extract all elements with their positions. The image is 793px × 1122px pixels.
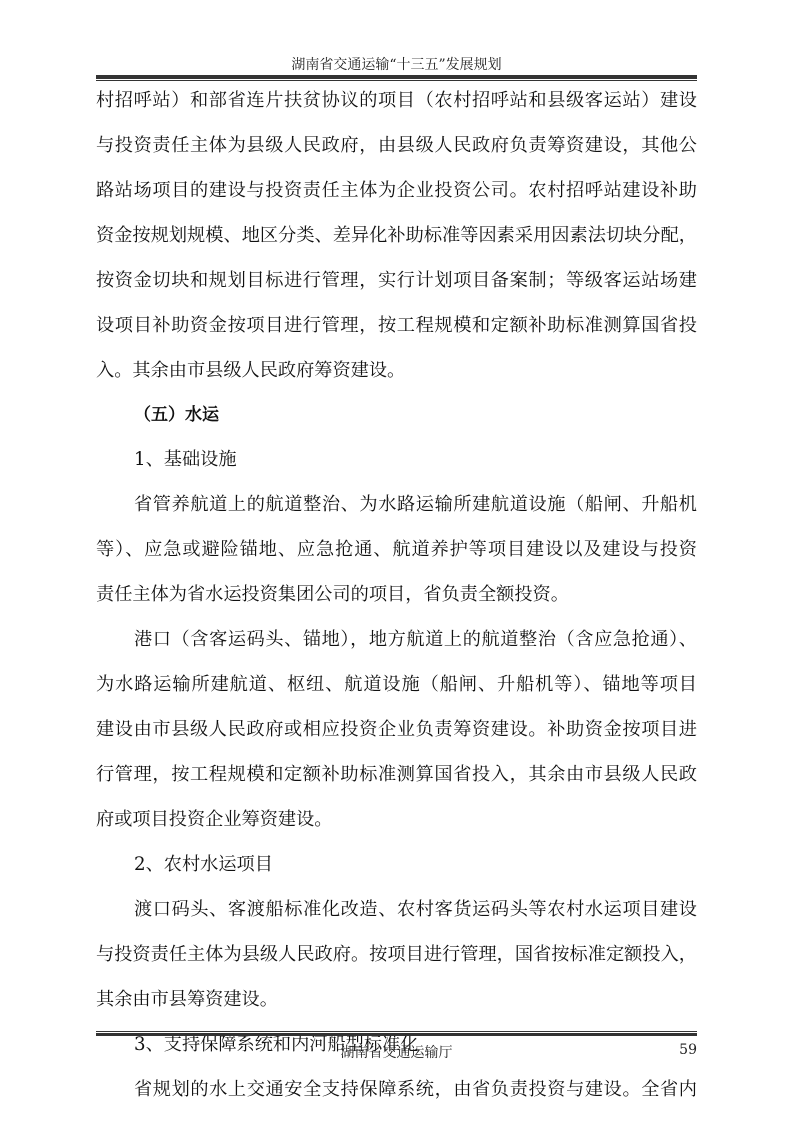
section-heading: （五）水运 [134,403,697,427]
header-rule-thick [96,75,697,79]
text-line: 省规划的水上交通安全支持保障系统，由省负责投资与建设。全省内 [134,1078,697,1102]
page-number: 59 [679,1042,697,1058]
text-line: 与投资责任主体为县级人民政府。按项目进行管理，国省按标准定额投入， [96,943,697,967]
text-line: 入。其余由市县级人民政府筹资建设。 [96,359,697,383]
text-line: 其余由市县筹资建设。 [96,988,697,1012]
text-line: 与投资责任主体为县级人民政府，由县级人民政府负责筹资建设，其他公 [96,134,697,158]
text-line: 行管理，按工程规模和定额补助标准测算国省投入，其余由市县级人民政 [96,763,697,787]
footer-rule-thick [96,1033,697,1036]
text-line: 为水路运输所建航道、枢纽、航道设施（船闸、升船机等）、锚地等项目 [96,673,697,697]
text-line: 路站场项目的建设与投资责任主体为企业投资公司。农村招呼站建设补助 [96,179,697,203]
footer-organization: 湖南省交通运输厅 [0,1042,793,1062]
text-line: 村招呼站）和部省连片扶贫协议的项目（农村招呼站和县级客运站）建设 [96,89,697,113]
text-line: 资金按规划规模、地区分类、差异化补助标准等因素采用因素法切块分配， [96,224,697,248]
text-line: 2、农村水运项目 [134,853,697,877]
text-line: 设项目补助资金按项目进行管理，按工程规模和定额补助标准测算国省投 [96,314,697,338]
text-line: 责任主体为省水运投资集团公司的项目，省负责全额投资。 [96,583,697,607]
footer-rule-thin [96,1031,697,1032]
text-line: 1、基础设施 [134,448,697,472]
text-line: 港口（含客运码头、锚地），地方航道上的航道整治（含应急抢通）、 [134,628,697,652]
text-line: 建设由市县级人民政府或相应投资企业负责筹资建设。补助资金按项目进 [96,718,697,742]
header-rule-thin [96,80,697,81]
text-line: 府或项目投资企业筹资建设。 [96,808,697,832]
text-line: 按资金切块和规划目标进行管理，实行计划项目备案制；等级客运站场建 [96,269,697,293]
running-header-title: 湖南省交通运输“十三五”发展规划 [0,54,793,74]
text-line: 等）、应急或避险锚地、应急抢通、航道养护等项目建设以及建设与投资 [96,538,697,562]
text-line: 渡口码头、客渡船标准化改造、农村客货运码头等农村水运项目建设 [134,898,697,922]
text-line: 省管养航道上的航道整治、为水路运输所建航道设施（船闸、升船机 [134,493,697,517]
